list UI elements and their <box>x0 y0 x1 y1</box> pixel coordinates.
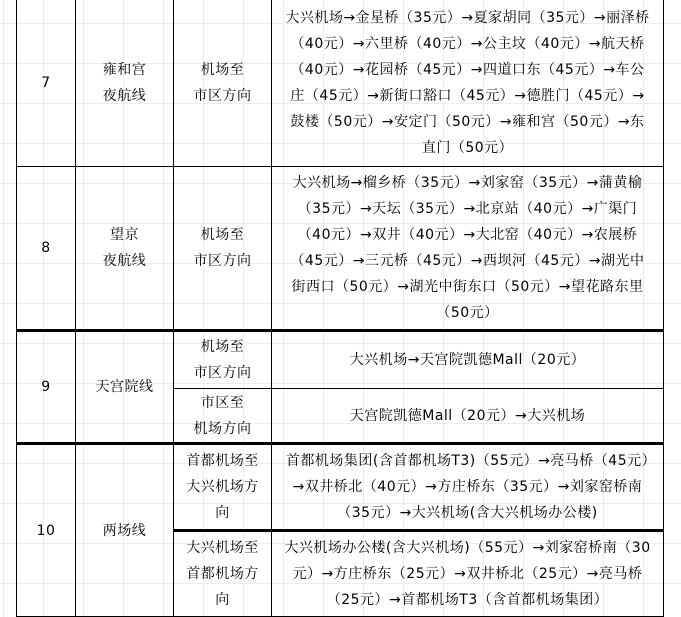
airport-bus-route-table: 7 雍和宫 夜航线 机场至 市区方向 大兴机场→金星桥（35元）→夏家胡同（35… <box>16 0 664 617</box>
line-name: 两场线 <box>76 444 174 617</box>
line-name: 雍和宫 夜航线 <box>76 0 174 167</box>
route-stops: 首都机场集团(含首都机场T3)（55元）→亮马桥（45元）→双井桥北（40元）→… <box>272 444 664 531</box>
direction: 首都机场至大兴机场方向 <box>174 444 272 531</box>
table-row-9: 9 天宫院线 机场至 市区方向 大兴机场→天宫院凯德Mall（20元） <box>17 331 664 389</box>
table-row-7: 7 雍和宫 夜航线 机场至 市区方向 大兴机场→金星桥（35元）→夏家胡同（35… <box>17 0 664 167</box>
direction: 机场至 市区方向 <box>174 167 272 331</box>
route-number: 9 <box>17 331 76 444</box>
route-stops: 大兴机场→金星桥（35元）→夏家胡同（35元）→丽泽桥（40元）→六里桥（40元… <box>272 0 664 167</box>
direction: 市区至 机场方向 <box>174 389 272 444</box>
direction: 机场至 市区方向 <box>174 0 272 167</box>
route-number: 7 <box>17 0 76 167</box>
route-stops: 大兴机场→榴乡桥（35元）→刘家窑（35元）→蒲黄榆（35元）→天坛（35元）→… <box>272 167 664 331</box>
direction: 大兴机场至首都机场方向 <box>174 531 272 617</box>
line-name: 望京 夜航线 <box>76 167 174 331</box>
route-number: 8 <box>17 167 76 331</box>
route-number: 10 <box>17 444 76 617</box>
table-row-8: 8 望京 夜航线 机场至 市区方向 大兴机场→榴乡桥（35元）→刘家窑（35元）… <box>17 167 664 331</box>
route-stops: 大兴机场办公楼(含大兴机场)（55元）→刘家窑桥南（30元）→方庄桥东（25元）… <box>272 531 664 617</box>
route-stops: 天宫院凯德Mall（20元）→大兴机场 <box>272 389 664 444</box>
table-row-10: 10 两场线 首都机场至大兴机场方向 首都机场集团(含首都机场T3)（55元）→… <box>17 444 664 531</box>
direction: 机场至 市区方向 <box>174 331 272 389</box>
line-name: 天宫院线 <box>76 331 174 444</box>
route-stops: 大兴机场→天宫院凯德Mall（20元） <box>272 331 664 389</box>
